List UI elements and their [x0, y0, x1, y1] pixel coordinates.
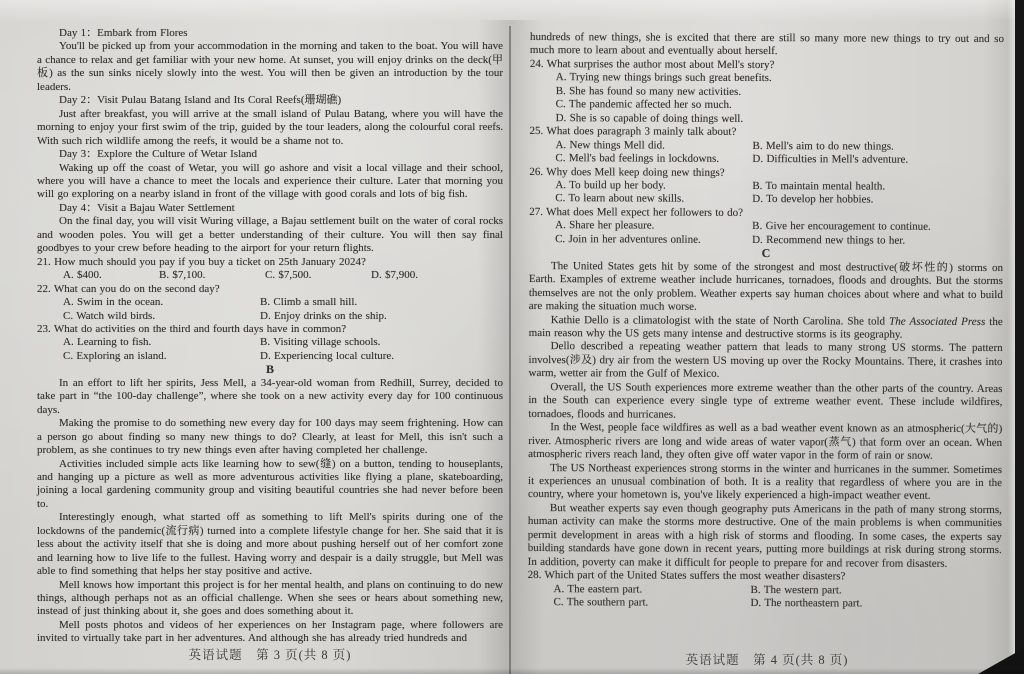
- passage-a-paragraph: Waking up off the coast of Wetar, you wi…: [37, 162, 503, 202]
- question-27: 27. What does Mell expect her followers …: [529, 206, 1003, 248]
- option-25-b: B. Mell's aim to do new things.: [752, 140, 1003, 155]
- passage-b-paragraph: Interestingly enough, what started off a…: [37, 511, 503, 578]
- question-22: 22. What can you do on the second day? A…: [37, 283, 503, 323]
- option-25-c: C. Mell's bad feelings in lockdowns.: [555, 152, 752, 166]
- passage-c-paragraph: Overall, the US South experiences more e…: [528, 381, 1002, 423]
- question-22-stem: 22. What can you do on the second day?: [37, 283, 503, 296]
- option-21-c: C. $7,500.: [265, 269, 371, 282]
- page-3-footer: 英语试题 第 3 页(共 8 页): [37, 645, 503, 663]
- option-25-a: A. New things Mell did.: [555, 139, 752, 153]
- option-23-b: B. Visiting village schools.: [260, 336, 503, 349]
- question-23-stem: 23. What do activities on the third and …: [37, 323, 503, 336]
- question-27-options: A. Share her pleasure. B. Give her encou…: [529, 219, 1003, 248]
- paper-bottom-shadow: [0, 668, 1024, 674]
- option-28-d: D. The northeastern part.: [750, 597, 1001, 612]
- option-26-d: D. To develop her hobbies.: [752, 193, 1003, 208]
- passage-b-paragraph: Mell knows how important this project is…: [37, 579, 503, 619]
- question-28-options: A. The eastern part. B. The western part…: [527, 583, 1001, 612]
- question-24: 24. What surprises the author most about…: [530, 58, 1004, 127]
- passage-b-paragraph: Mell posts photos and videos of her expe…: [37, 619, 503, 646]
- option-21-d: D. $7,900.: [371, 269, 503, 282]
- paper-right-edge-highlight: [1008, 0, 1015, 674]
- scanner-background-right-edge: [1015, 0, 1024, 674]
- exam-page-4: hundreds of new things, she is excited t…: [527, 31, 1004, 612]
- question-21-stem: 21. How much should you pay if you buy a…: [37, 256, 503, 269]
- passage-a-paragraph: Just after breakfast, you will arrive at…: [37, 108, 503, 148]
- day1-heading: Day 1：Embark from Flores: [37, 27, 503, 40]
- passage-b-paragraph: In an effort to lift her spirits, Jess M…: [37, 377, 503, 417]
- section-b-heading: B: [37, 363, 503, 376]
- option-21-a: A. $400.: [63, 269, 159, 282]
- exam-page-3: Day 1：Embark from Flores You'll be picke…: [37, 27, 503, 646]
- question-25-options: A. New things Mell did. B. Mell's aim to…: [529, 139, 1003, 168]
- option-26-a: A. To build up her body.: [555, 179, 752, 193]
- question-21-options: A. $400. B. $7,100. C. $7,500. D. $7,900…: [37, 269, 503, 282]
- option-25-d: D. Difficulties in Mell's adventure.: [752, 153, 1003, 168]
- option-27-a: A. Share her pleasure.: [555, 219, 752, 233]
- passage-b-continuation: hundreds of new things, she is excited t…: [530, 31, 1004, 60]
- question-26-options: A. To build up her body. B. To maintain …: [529, 179, 1003, 208]
- option-27-b: B. Give her encouragement to continue.: [752, 220, 1003, 235]
- passage-b-paragraph: Making the promise to do something new e…: [37, 417, 503, 457]
- option-21-b: B. $7,100.: [159, 269, 265, 282]
- option-23-c: C. Exploring an island.: [63, 350, 260, 363]
- passage-c-paragraph: The US Northeast experiences strong stor…: [528, 461, 1002, 503]
- passage-c-text: Kathie Dello is a climatologist with the…: [551, 314, 889, 327]
- option-27-d: D. Recommend new things to her.: [752, 234, 1003, 249]
- passage-c-paragraph: The United States gets hit by some of th…: [529, 260, 1003, 316]
- option-28-a: A. The eastern part.: [554, 583, 751, 597]
- option-22-d: D. Enjoy drinks on the ship.: [260, 310, 503, 323]
- passage-b-paragraph: Activities included simple acts like lea…: [37, 458, 503, 512]
- day4-heading: Day 4：Visit a Bajau Water Settlement: [37, 202, 503, 215]
- question-25: 25. What does paragraph 3 mainly talk ab…: [529, 125, 1003, 167]
- option-23-a: A. Learning to fish.: [63, 336, 260, 349]
- option-28-b: B. The western part.: [751, 584, 1002, 599]
- page-gutter-fold-line: [509, 26, 511, 674]
- option-22-c: C. Watch wild birds.: [63, 310, 260, 323]
- day3-heading: Day 3：Explore the Culture of Wetar Islan…: [37, 148, 503, 161]
- question-22-options: A. Swim in the ocean. B. Climb a small h…: [37, 296, 503, 323]
- option-27-c: C. Join in her adventures online.: [555, 233, 752, 247]
- passage-c-paragraph: But weather experts say even though geog…: [528, 502, 1002, 571]
- day2-heading: Day 2：Visit Pulau Batang Island and Its …: [37, 94, 503, 107]
- question-23-options: A. Learning to fish. B. Visiting village…: [37, 336, 503, 363]
- question-26: 26. Why does Mell keep doing new things?…: [529, 166, 1003, 208]
- associated-press-italic: The Associated Press: [889, 315, 985, 327]
- option-22-a: A. Swim in the ocean.: [63, 296, 260, 309]
- option-26-b: B. To maintain mental health.: [752, 180, 1003, 195]
- passage-c-paragraph: Kathie Dello is a climatologist with the…: [529, 314, 1003, 343]
- option-28-c: C. The southern part.: [553, 596, 750, 610]
- option-26-c: C. To learn about new skills.: [555, 193, 752, 207]
- question-21: 21. How much should you pay if you buy a…: [37, 256, 503, 283]
- passage-c-paragraph: Dello described a repeating weather patt…: [528, 340, 1002, 382]
- passage-a-paragraph: You'll be picked up from your accommodat…: [37, 40, 503, 94]
- question-28: 28. Which part of the United States suff…: [527, 569, 1001, 611]
- option-23-d: D. Experiencing local culture.: [260, 350, 503, 363]
- passage-a-paragraph: On the final day, you will visit Wuring …: [37, 215, 503, 255]
- passage-c-paragraph: In the West, people face wildfires as we…: [528, 421, 1002, 463]
- page-4-footer: 英语试题 第 4 页(共 8 页): [530, 650, 1004, 668]
- option-22-b: B. Climb a small hill.: [260, 296, 503, 309]
- question-23: 23. What do activities on the third and …: [37, 323, 503, 363]
